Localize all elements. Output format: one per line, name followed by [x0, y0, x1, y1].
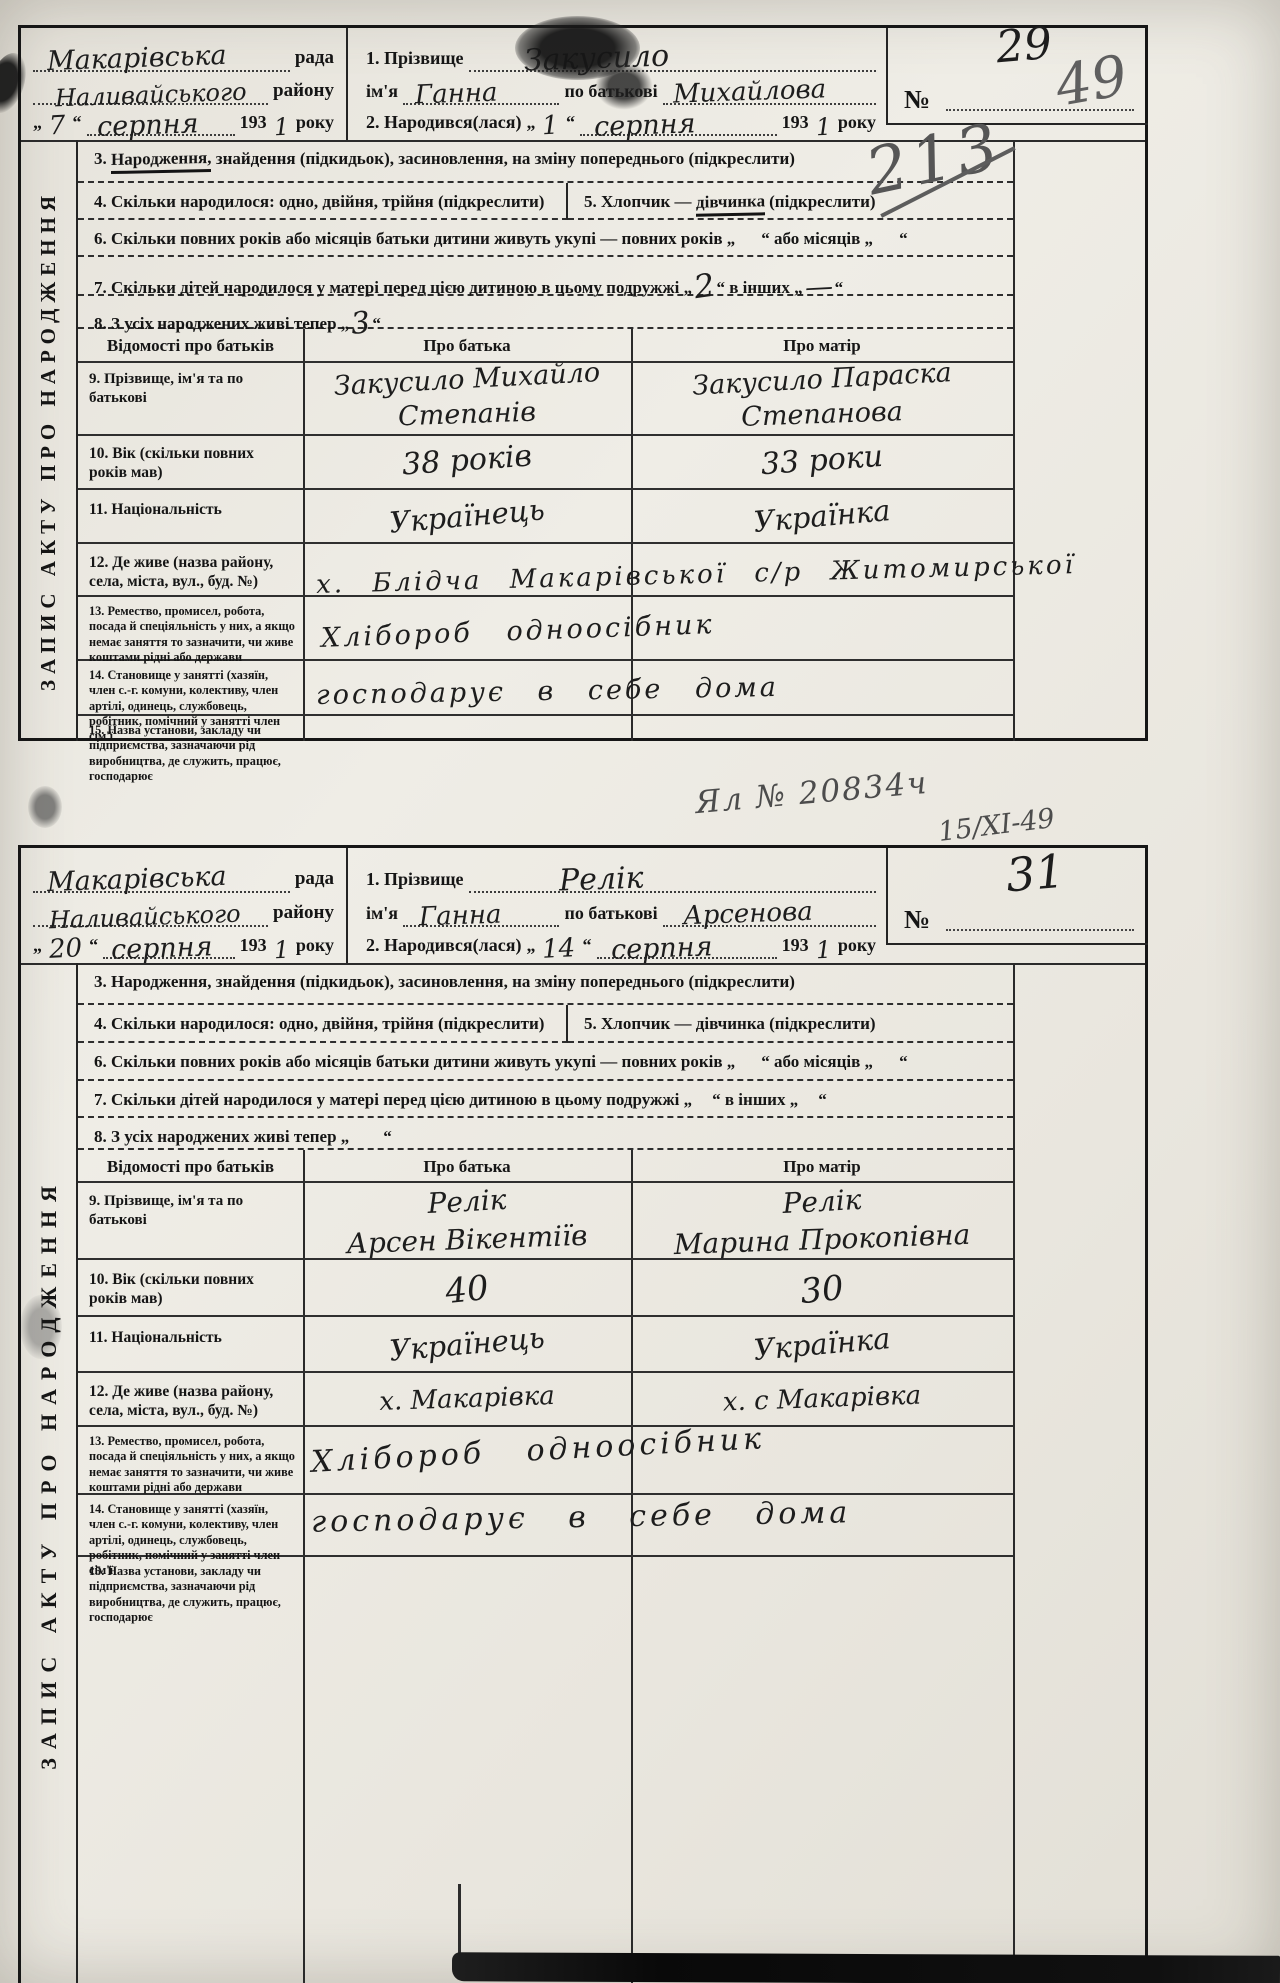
- form2-header-mid: 1. Прізвище Релік ім'я Ганна по батькові…: [348, 848, 886, 963]
- row7-pre: 7. Скільки дітей народилося у матері пер…: [94, 1090, 692, 1109]
- row3-text: знайдення (підкидьок), засиновлення, на …: [216, 149, 795, 168]
- form2-row6: 6. Скільки повних років або місяців бать…: [78, 1043, 1013, 1081]
- form1-row11-label: 11. Національність: [78, 494, 303, 519]
- form1-pencil-number: 49: [1052, 48, 1132, 116]
- form2-row11-label: 11. Національність: [78, 1322, 303, 1347]
- birth-record-form-1: Макарівська рада Наливайського району „ …: [18, 25, 1148, 741]
- year-prefix: 193: [240, 113, 267, 136]
- roku-label: року: [296, 936, 334, 959]
- form1-child-patronymic: Михайлова: [672, 76, 826, 107]
- quote-close: “: [566, 113, 575, 136]
- form1-birth-year-digit: 1: [815, 115, 832, 140]
- imya-label: ім'я: [366, 82, 398, 105]
- form2-row7: 7. Скільки дітей народилося у матері пер…: [78, 1081, 1013, 1118]
- row3-word: Народження,: [111, 972, 211, 991]
- form2-record-number-box: № 31: [886, 848, 1148, 945]
- form1-birth-day: 1: [542, 113, 560, 140]
- mother-name-line2: Марина Прокопівна: [631, 1219, 1014, 1260]
- table-divider-2: [631, 1150, 633, 1983]
- row3-number: 3.: [94, 149, 107, 168]
- row8-pre: 8. З усіх народжених живі тепер „: [94, 1127, 349, 1146]
- form1-reg-year-digit: 1: [273, 115, 290, 140]
- form2-sidebar: ЗАПИС АКТУ ПРО НАРОДЖЕННЯ: [21, 963, 78, 1983]
- form2-row3: 3. Народження, знайдення (підкидьок), за…: [78, 963, 1013, 1005]
- surname-fill: Релік: [469, 856, 876, 893]
- year-prefix: 193: [782, 936, 809, 959]
- form2-occupation: Хлібороб одноосібник: [311, 1424, 766, 1478]
- form2-birth-date-line: 2. Народився(лася) „ 14 “ серпня 1931 ро…: [366, 927, 876, 959]
- form2-record-number: 31: [1004, 848, 1066, 899]
- form2-mother-name: Релік Марина Прокопівна: [631, 1188, 1013, 1254]
- table-line: [78, 1181, 1013, 1183]
- council-fill-line: Макарівська: [33, 36, 290, 72]
- form2-row12-label: 12. Де живе (назва району, села, міста, …: [78, 1376, 303, 1421]
- form1-mother-name: Закусило Параска Степанова: [631, 366, 1013, 428]
- row3-underlined-word: Народження,: [111, 148, 211, 174]
- form2-row9-label: 9. Прізвище, ім'я та по батькові: [78, 1186, 303, 1230]
- form2-council-name: Макарівська: [47, 863, 227, 896]
- quote-close: “: [73, 113, 82, 136]
- table-line: [78, 1425, 1013, 1427]
- form1-th-father: Про батька: [303, 329, 631, 361]
- patronymic-fill: Михайлова: [663, 72, 876, 105]
- birth-month-fill: серпня: [597, 927, 777, 959]
- row7-pre: 7. Скільки дітей народилося у матері пер…: [94, 278, 692, 297]
- row7-end: “: [835, 278, 844, 297]
- form2-reg-month: серпня: [111, 933, 213, 964]
- row5-underlined-word: дівчинка: [696, 191, 765, 216]
- table-line: [78, 595, 1013, 597]
- form1-row6: 6. Скільки повних років або місяців бать…: [78, 220, 1013, 257]
- row5-word: дівчинка: [696, 1014, 765, 1033]
- form2-row13-label: 13. Ремество, промисел, робота, посада й…: [78, 1428, 303, 1495]
- no-label: №: [904, 85, 930, 115]
- right-margin-rule: [1013, 140, 1015, 741]
- form2-reg-year-digit: 1: [273, 938, 290, 963]
- row7-end: “: [818, 1090, 827, 1109]
- row6-pre: 6. Скільки повних років або місяців бать…: [94, 1052, 735, 1071]
- form1-th-parents: Відомості про батьків: [78, 329, 303, 361]
- form1-row10-label: 10. Вік (скільки повних років мав): [78, 438, 303, 483]
- district-fill-line: Наливайського: [33, 72, 268, 105]
- row7-mid: “ в інших „: [712, 1090, 798, 1109]
- form2-birth-year-digit: 1: [815, 938, 832, 963]
- roku-label: року: [296, 113, 334, 136]
- row4-text: 4. Скільки народилося: одно, двійня, трі…: [94, 1014, 544, 1033]
- row6-end: “: [899, 1052, 908, 1071]
- reg-month-fill: серпня: [103, 927, 234, 959]
- form2-father-name: Релік Арсен Вікентіїв: [303, 1188, 631, 1254]
- form1-record-number: 29: [994, 22, 1054, 71]
- scan-edge-bar: [452, 1952, 1280, 1983]
- form1-row15-label: 15. Назва установи, закладу чи підприємс…: [78, 717, 303, 784]
- form2-row4: 4. Скільки народилося: одно, двійня, трі…: [78, 1005, 568, 1043]
- scanned-birth-register-page: Макарівська рада Наливайського району „ …: [0, 0, 1280, 1983]
- surname-label: 1. Прізвище: [366, 870, 464, 893]
- row8-end: “: [383, 1127, 392, 1146]
- form2-child-name: Ганна: [419, 902, 502, 931]
- quote-open: „: [526, 113, 535, 136]
- form2-row8: 8. З усіх народжених живі тепер „“: [78, 1118, 1013, 1150]
- table-line: [78, 1258, 1013, 1260]
- form1-work-position: господарує в себе дома: [316, 674, 779, 709]
- archive-note-line2: 15/ХІ-49: [937, 805, 1056, 846]
- row5-post: (підкреслити): [769, 192, 875, 211]
- form1-child-name: Ганна: [415, 80, 498, 109]
- father-name-line1: Релік: [302, 1179, 631, 1224]
- row5-post: (підкреслити): [769, 1014, 875, 1033]
- born-label: 2. Народився(лася): [366, 936, 521, 959]
- form1-council-line: Макарівська рада: [33, 36, 334, 72]
- rada-label: рада: [295, 869, 334, 893]
- birth-record-form-2: Макарівська рада Наливайського району „ …: [18, 845, 1148, 1983]
- form2-row5: 5. Хлопчик — дівчинка (підкреслити): [568, 1005, 1013, 1043]
- archive-note-line1: Ял № 20834ч: [694, 768, 930, 819]
- row3-number: 3.: [94, 972, 107, 991]
- surname-label: 1. Прізвище: [366, 49, 464, 72]
- row5-pre: 5. Хлопчик —: [584, 1014, 692, 1033]
- form2-mother-residence: х. с Макарівка: [631, 1379, 1014, 1418]
- form1-row12-label: 12. Де живе (назва району, села, міста, …: [78, 547, 303, 592]
- right-margin-rule: [1013, 963, 1015, 1983]
- form1-sidebar-title: ЗАПИС АКТУ ПРО НАРОДЖЕННЯ: [36, 190, 61, 691]
- form1-district-line: Наливайського району: [33, 72, 334, 105]
- form2-birth-month: серпня: [610, 933, 712, 964]
- pob-label: по батькові: [564, 904, 657, 927]
- quote-close: “: [583, 936, 592, 959]
- quote-open: „: [33, 936, 42, 959]
- roku-label: року: [838, 113, 876, 136]
- father-name-line2: Арсен Вікентіїв: [303, 1220, 632, 1259]
- table-line: [78, 542, 1013, 544]
- form2-surname-line: 1. Прізвище Релік: [366, 856, 876, 893]
- pencil-smudge-left: [28, 786, 62, 828]
- form2-th-father: Про батька: [303, 1150, 631, 1182]
- scan-line-fragment: [458, 1884, 461, 1956]
- form1-row9-label: 9. Прізвище, ім'я та по батькові: [78, 364, 303, 408]
- rayonu-label: району: [273, 903, 334, 927]
- row4-text: 4. Скільки народилося: одно, двійня, трі…: [94, 192, 544, 211]
- form1-row8: 8. З усіх народжених живі тепер „3“: [78, 296, 1013, 329]
- table-line: [78, 1371, 1013, 1373]
- row6-mid: “ або місяців „: [761, 1052, 873, 1071]
- row6-end: “: [899, 229, 908, 248]
- form1-council-name: Макарівська: [47, 42, 227, 75]
- table-divider-1: [303, 1150, 305, 1983]
- quote-close: “: [89, 936, 98, 959]
- table-line: [78, 488, 1013, 490]
- form1-mother-age: 33 роки: [630, 433, 1013, 490]
- no-dotted-line: [946, 929, 1134, 931]
- form1-header-left: Макарівська рада Наливайського району „ …: [21, 28, 348, 140]
- form2-th-mother: Про матір: [631, 1150, 1013, 1182]
- form1-occupation: Хлібороб одноосібник: [321, 611, 715, 652]
- no-label: №: [904, 905, 930, 935]
- form1-row7: 7. Скільки дітей народилося у матері пер…: [78, 257, 1013, 296]
- council-fill-line: Макарівська: [33, 856, 290, 893]
- name-fill: Ганна: [403, 72, 559, 105]
- form2-father-residence: х. Макарівка: [303, 1380, 632, 1417]
- form1-residence: х. Блідча Макарівської с/р Житомирської: [316, 552, 1076, 598]
- form1-mother-nationality: Українка: [630, 485, 1013, 547]
- quote-open: „: [33, 113, 42, 136]
- form2-name-line: ім'я Ганна по батькові Арсенова: [366, 893, 876, 927]
- table-line: [78, 434, 1013, 436]
- form2-row10-label: 10. Вік (скільки повних років мав): [78, 1264, 303, 1309]
- row6-mid: “ або місяців „: [761, 229, 873, 248]
- form1-row4: 4. Скільки народилося: одно, двійня, трі…: [78, 183, 568, 220]
- form2-birth-day: 14: [542, 935, 576, 963]
- patronymic-fill: Арсенова: [663, 893, 876, 927]
- form1-sidebar: ЗАПИС АКТУ ПРО НАРОДЖЕННЯ: [21, 140, 78, 741]
- name-fill: Ганна: [403, 893, 559, 927]
- form2-child-patronymic: Арсенова: [682, 899, 813, 930]
- mother-name-line2: Степанова: [631, 394, 1014, 434]
- row7-mid: “ в інших „: [716, 278, 802, 297]
- reg-month-fill: серпня: [87, 105, 235, 136]
- roku-label: року: [838, 936, 876, 959]
- form2-work-position: господарує в себе дома: [311, 1498, 852, 1537]
- father-name-line1: Закусило Михайло: [303, 357, 632, 401]
- year-prefix: 193: [240, 936, 267, 959]
- form2-header-left: Макарівська рада Наливайського району „ …: [21, 848, 348, 963]
- form1-reg-day: 7: [48, 113, 66, 140]
- form2-reg-day: 20: [48, 935, 82, 963]
- form1-th-mother: Про матір: [631, 329, 1013, 361]
- form1-father-name: Закусило Михайло Степанів: [303, 366, 631, 428]
- form2-council-line: Макарівська рада: [33, 856, 334, 893]
- imya-label: ім'я: [366, 904, 398, 927]
- form1-reg-month: серпня: [96, 110, 198, 141]
- form2-father-nationality: Українець: [302, 1316, 631, 1373]
- form1-father-age: 38 років: [302, 435, 631, 488]
- form2-sidebar-title: ЗАПИС АКТУ ПРО НАРОДЖЕННЯ: [36, 1177, 62, 1770]
- row6-pre: 6. Скільки повних років або місяців бать…: [94, 229, 735, 248]
- row5-pre: 5. Хлопчик —: [584, 192, 692, 211]
- form2-row15-label: 15. Назва установи, закладу чи підприємс…: [78, 1558, 303, 1625]
- rada-label: рада: [295, 48, 334, 72]
- ink-stain-small: [595, 62, 653, 110]
- row3-text: знайдення (підкидьок), засиновлення, на …: [216, 972, 795, 991]
- form1-birth-month: серпня: [594, 110, 696, 141]
- born-label: 2. Народився(лася): [366, 113, 521, 136]
- form2-father-age: 40: [302, 1256, 632, 1324]
- form2-mother-nationality: Українка: [630, 1313, 1013, 1375]
- form1-father-nationality: Українець: [302, 488, 631, 545]
- form1-row13-label: 13. Ремество, промисел, робота, посада й…: [78, 598, 303, 665]
- form2-th-parents: Відомості про батьків: [78, 1150, 303, 1182]
- district-fill-line: Наливайського: [33, 893, 268, 927]
- year-prefix: 193: [782, 113, 809, 136]
- rayonu-label: району: [273, 81, 334, 105]
- birth-month-fill: серпня: [580, 105, 777, 136]
- form2-child-surname: Релік: [558, 864, 644, 897]
- table-line: [78, 1315, 1013, 1317]
- quote-open: „: [526, 936, 535, 959]
- form2-district-line: Наливайського району: [33, 893, 334, 927]
